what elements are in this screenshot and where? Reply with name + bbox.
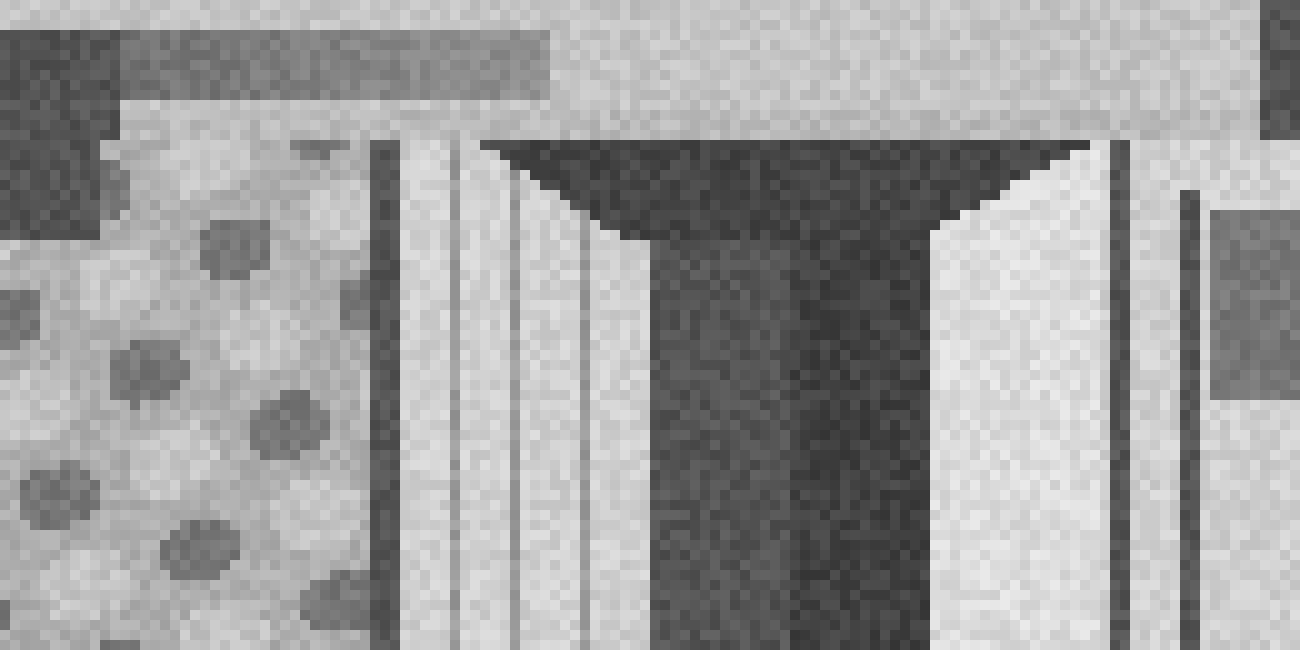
pixelated-relief-photo xyxy=(0,0,1300,650)
